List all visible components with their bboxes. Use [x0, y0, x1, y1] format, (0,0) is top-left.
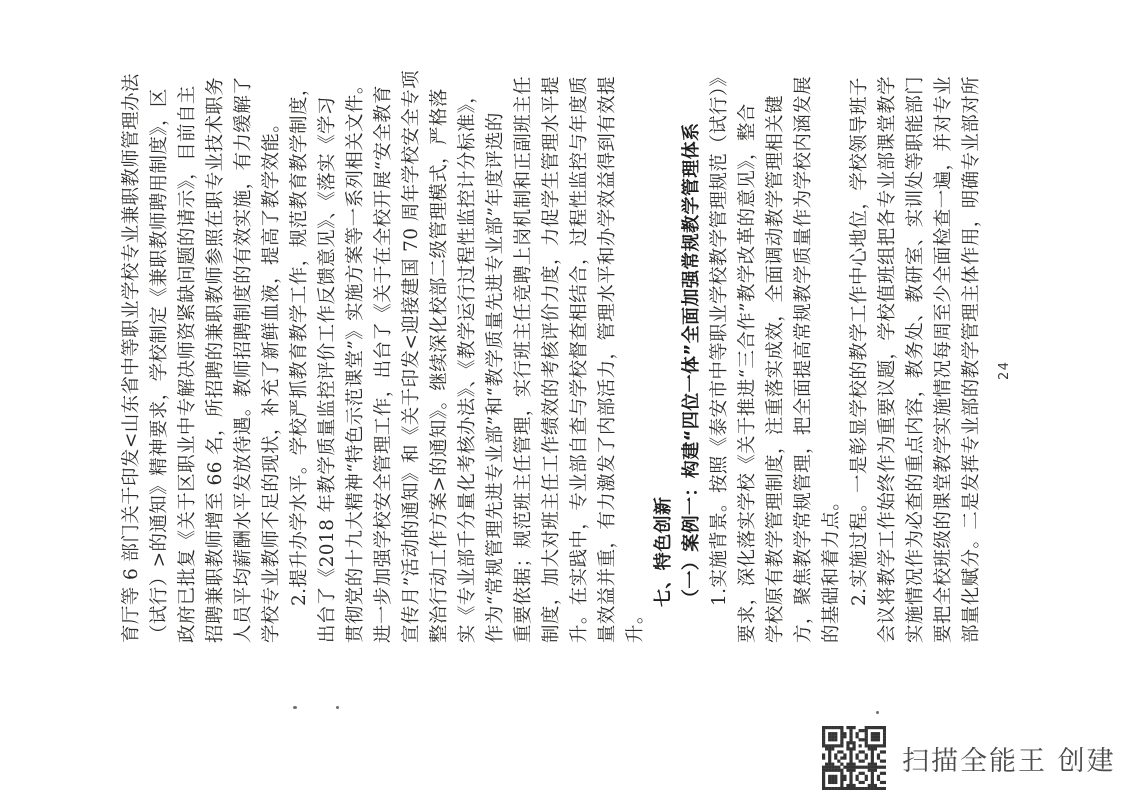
text-line: 量效益并重，有力激发了内部活力，管理水平和办学效益得到有效提: [594, 81, 622, 643]
text-line: 会议将教学工作始终作为重要议题，学校值班组把各专业部课堂教学: [874, 81, 902, 643]
heading-line: （一）案例一：构建“四位一体”全面加强常规教学管理体系: [678, 81, 706, 643]
scanner-watermark-label: 扫描全能王 创建: [902, 739, 1116, 778]
text-line: 贯彻党的十九大精神“特色示范课堂”》实施方案等一系列相关文件。: [342, 81, 370, 643]
text-line: 2.提升办学水平。学校严抓教育教学工作，规范教育教学制度，: [286, 81, 314, 643]
text-line: 育厅等 6 部门关于印发<山东省中等职业学校专业兼职教师管理办法: [118, 81, 146, 643]
text-line: 出台了《2018 年教学质量监控评价工作反馈意见》、《落实《学习: [314, 81, 342, 643]
text-line: 2.实施过程。一是彰显学校的教学工作中心地位，学校领导班子: [846, 81, 874, 643]
scanner-watermark: 扫描全能王 创建: [822, 726, 1116, 790]
text-line: 要求，深化落实学校《关于推进“三合作”教学改革的意见》，整合: [734, 81, 762, 643]
text-line: 升。: [622, 81, 650, 643]
text-line: 制度，加大对班主任工作绩效的考核评价力度，力促学生管理水平提: [538, 81, 566, 643]
scan-speck: [336, 706, 339, 709]
text-line: 的基础和着力点。: [818, 81, 846, 643]
text-line: 整治行动工作方案>的通知》。继续深化校部二级管理模式，严格落: [426, 81, 454, 643]
scan-speck: [876, 711, 879, 714]
text-line: 重要依据；规范班主任管理，实行班主任竞聘上岗机制和正副班主任: [510, 81, 538, 643]
text-line: 作为“常规管理先进专业部”和“教学质量先进专业部”年度评选的: [482, 81, 510, 643]
text-line: 进一步加强学校安全管理工作，出台了《关于在全校开展“安全教育: [370, 81, 398, 643]
text-line: 实《专业部千分量化考核办法》、《教学运行过程性监控计分标准》，: [454, 81, 482, 643]
text-line: 实施情况作为必查的重点内容，教务处、教研室、实训处等职能部门: [902, 81, 930, 643]
text-line: 部量化赋分。二是发挥专业部的教学管理主体作用，明确专业部对所: [958, 81, 986, 643]
text-line: 招聘兼职教师增至 66 名，所招聘的兼职教师参照在职专业技术职务: [202, 81, 230, 643]
text-line: 要把全校班级的课堂教学实施情况每周至少全面检查一遍，并对专业: [930, 81, 958, 643]
heading-line: 七、特色创新: [650, 81, 678, 643]
document-content: 育厅等 6 部门关于印发<山东省中等职业学校专业兼职教师管理办法（试行）>的通知…: [0, 0, 1123, 793]
text-line: 人员平均薪酬水平发放待遇。教师招聘制度的有效实施，有力缓解了: [230, 81, 258, 643]
text-line: 学校原有教学管理制度，注重落实成效，全面调动教学管理相关键: [762, 81, 790, 643]
text-line: 宣传月”活动的通知》和《关于印发<迎接建国 70 周年学校安全专项: [398, 81, 426, 643]
qr-code-icon: [822, 726, 886, 790]
text-line: 政府已批复《关于区职业中专解决师资紧缺问题的请示》，目前自主: [174, 81, 202, 643]
scan-speck: [293, 706, 297, 709]
text-line: 学校专业教师不足的现状，补充了新鲜血液，提高了教学效能。: [258, 81, 286, 643]
text-line: 升。在实践中，专业部自查与学校督查相结合，过程性监控与年度质: [566, 81, 594, 643]
text-block: 育厅等 6 部门关于印发<山东省中等职业学校专业兼职教师管理办法（试行）>的通知…: [118, 81, 986, 643]
page-number: 24: [997, 360, 1012, 380]
text-line: （试行）>的通知》精神要求，学校制定《兼职教师聘用制度》，区: [146, 81, 174, 643]
text-line: 方，聚焦教学常规管理，把全面提高常规教学质量作为学校内涵发展: [790, 81, 818, 643]
text-line: 1.实施背景。按照《泰安市中等职业学校教学管理规范（试行）》: [706, 81, 734, 643]
scanned-document-page: 育厅等 6 部门关于印发<山东省中等职业学校专业兼职教师管理办法（试行）>的通知…: [0, 0, 1123, 793]
